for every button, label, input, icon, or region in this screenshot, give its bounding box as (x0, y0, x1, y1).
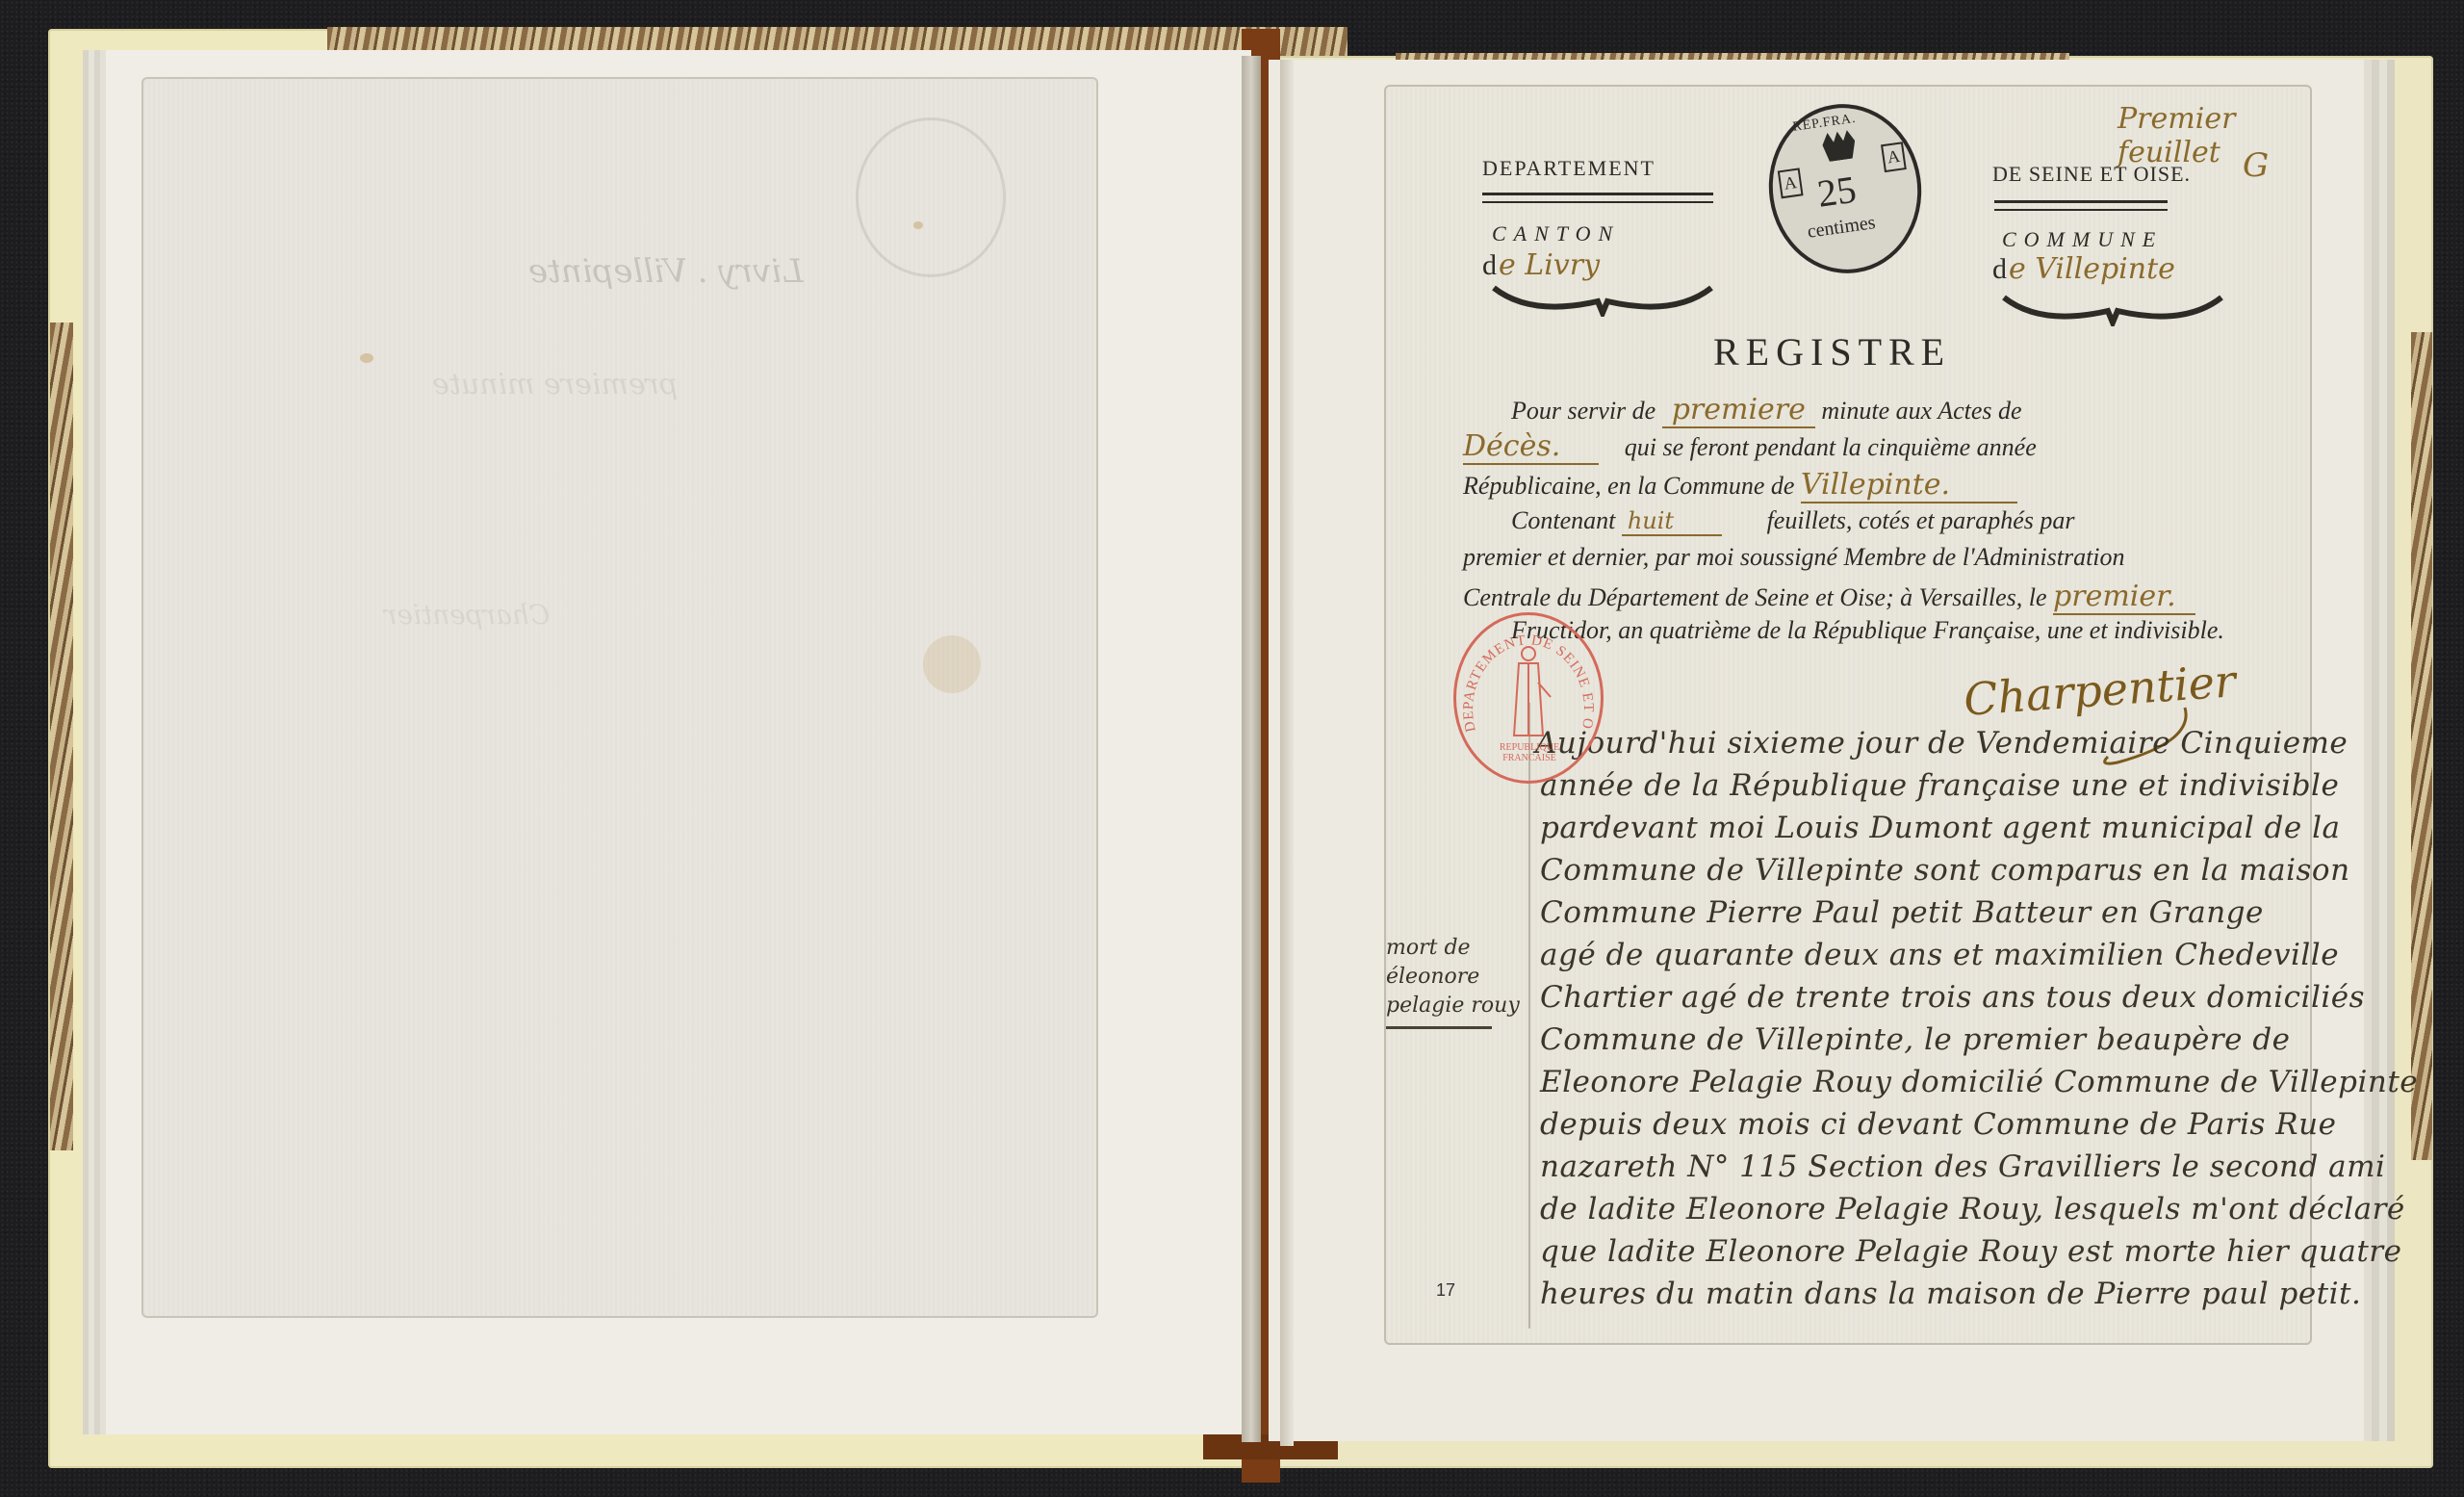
printed-text: Centrale du Département de Seine et Oise… (1463, 583, 2047, 611)
entry-line: Commune de Villepinte, le premier beaupè… (1540, 1022, 2291, 1057)
gutter-shadow-right (1280, 60, 1294, 1446)
canton-value: e Livry (1499, 248, 1600, 282)
show-through-writing: Livry . Villepinte (528, 252, 804, 291)
show-through-stamp (856, 117, 1006, 277)
register-title: REGISTRE (1713, 329, 1951, 374)
form-line-4: Contenant huit feuillets, cotés et parap… (1511, 506, 2074, 535)
form-line-7: Fructidor, an quatrième de la République… (1511, 616, 2224, 645)
departement-value: DE SEINE ET OISE. (1992, 162, 2191, 187)
entry-line: année de la République française une et … (1540, 768, 2339, 803)
marbled-paper-left-edge (50, 323, 73, 1150)
departement-label: DEPARTEMENT (1482, 156, 1655, 181)
form-line-5: premier et dernier, par moi soussigné Me… (1463, 543, 2125, 572)
stamp-side-mark: A (1778, 168, 1804, 198)
entry-line: agé de quarante deux ans et maximilien C… (1540, 938, 2339, 972)
crown-icon (1821, 129, 1858, 162)
folio-mark: G (2243, 146, 2269, 185)
folio-number: 17 (1436, 1280, 1455, 1301)
margin-note-line: éleonore (1386, 963, 1521, 992)
filled-text: Villepinte. (1801, 468, 2017, 503)
departmental-seal: DEPARTEMENT DE SEINE ET OISE REPUBLIQUE … (1453, 612, 1604, 784)
entry-line: pardevant moi Louis Dumont agent municip… (1540, 811, 2340, 845)
left-document-sheet: Livry . Villepinte premiere minute Charp… (141, 77, 1098, 1318)
entry-line: Aujourd'hui sixieme jour de Vendemiaire … (1535, 726, 2348, 761)
show-through-writing: Charpentier (384, 599, 550, 631)
entry-line: nazareth N° 115 Section des Gravilliers … (1540, 1149, 2385, 1184)
ornament-brace-left (1492, 284, 1713, 317)
printed-text: Républicaine, en la Commune de (1463, 472, 1794, 500)
printed-text: Contenant (1511, 506, 1615, 534)
margin-rule (1528, 703, 1530, 1329)
ornament-brace-right (2002, 294, 2223, 326)
liberty-figure-icon (1504, 644, 1553, 740)
folio-note: Premier feuillet (2117, 102, 2310, 169)
entry-line: de ladite Eleonore Pelagie Rouy, lesquel… (1540, 1192, 2405, 1226)
filled-text: premiere (1662, 393, 1815, 428)
entry-line: Chartier agé de trente trois ans tous de… (1540, 980, 2365, 1015)
canton-field: de Livry (1482, 248, 1600, 282)
commune-prefix: d (1992, 253, 2009, 285)
margin-note-line: mort de (1386, 934, 1521, 963)
filled-text: huit (1622, 507, 1722, 536)
tax-stamp-value: 25 (1814, 167, 1859, 217)
seal-inner-text: REPUBLIQUE FRANCAISE (1481, 742, 1578, 763)
entry-line: Commune de Villepinte sont comparus en l… (1540, 853, 2350, 888)
header-rule-left (1482, 193, 1713, 203)
commune-label: COMMUNE (2002, 227, 2163, 252)
commune-field: de Villepinte (1992, 252, 2175, 286)
form-line-6: Centrale du Département de Seine et Oise… (1463, 580, 2195, 613)
form-line-2: Décès. qui se feront pendant la cinquièm… (1463, 429, 2037, 463)
printed-text: qui se feront pendant la cinquième année (1625, 433, 2037, 461)
commune-value: e Villepinte (2009, 252, 2175, 286)
filled-text: premier. (2053, 580, 2195, 615)
margin-note: mort de éleonore pelagie rouy (1386, 934, 1521, 1029)
canton-prefix: d (1482, 249, 1499, 281)
printed-text: feuillets, cotés et paraphés par (1767, 506, 2075, 534)
filled-text: Décès. (1463, 429, 1599, 465)
foxing-spot (913, 221, 923, 229)
printed-text: Pour servir de (1511, 397, 1655, 425)
entry-line: heures du matin dans la maison de Pierre… (1540, 1277, 2361, 1311)
header-rule-right (1994, 200, 2168, 211)
show-through-writing: premiere minute (432, 368, 678, 401)
marbled-paper-right-edge (2411, 332, 2432, 1160)
margin-note-line: pelagie rouy (1386, 992, 1521, 1020)
margin-note-flourish (1386, 1026, 1492, 1029)
form-line-3: Républicaine, en la Commune de Villepint… (1463, 468, 2017, 502)
entry-line: que ladite Eleonore Pelagie Rouy est mor… (1540, 1234, 2401, 1269)
entry-line: depuis deux mois ci devant Commune de Pa… (1540, 1107, 2336, 1142)
entry-line: Commune Pierre Paul petit Batteur en Gra… (1540, 895, 2264, 930)
tax-stamp-unit: centimes (1806, 212, 1877, 244)
printed-text: minute aux Actes de (1821, 397, 2021, 425)
canton-label: CANTON (1492, 221, 1620, 246)
gutter-shadow (1242, 56, 1261, 1442)
stamp-side-mark: A (1881, 142, 1907, 172)
foxing-spot (360, 353, 373, 363)
entry-line: Eleonore Pelagie Rouy domicilié Commune … (1540, 1065, 2418, 1099)
foxing-stain (923, 635, 981, 693)
form-line-1: Pour servir de premiere minute aux Actes… (1511, 393, 2022, 426)
